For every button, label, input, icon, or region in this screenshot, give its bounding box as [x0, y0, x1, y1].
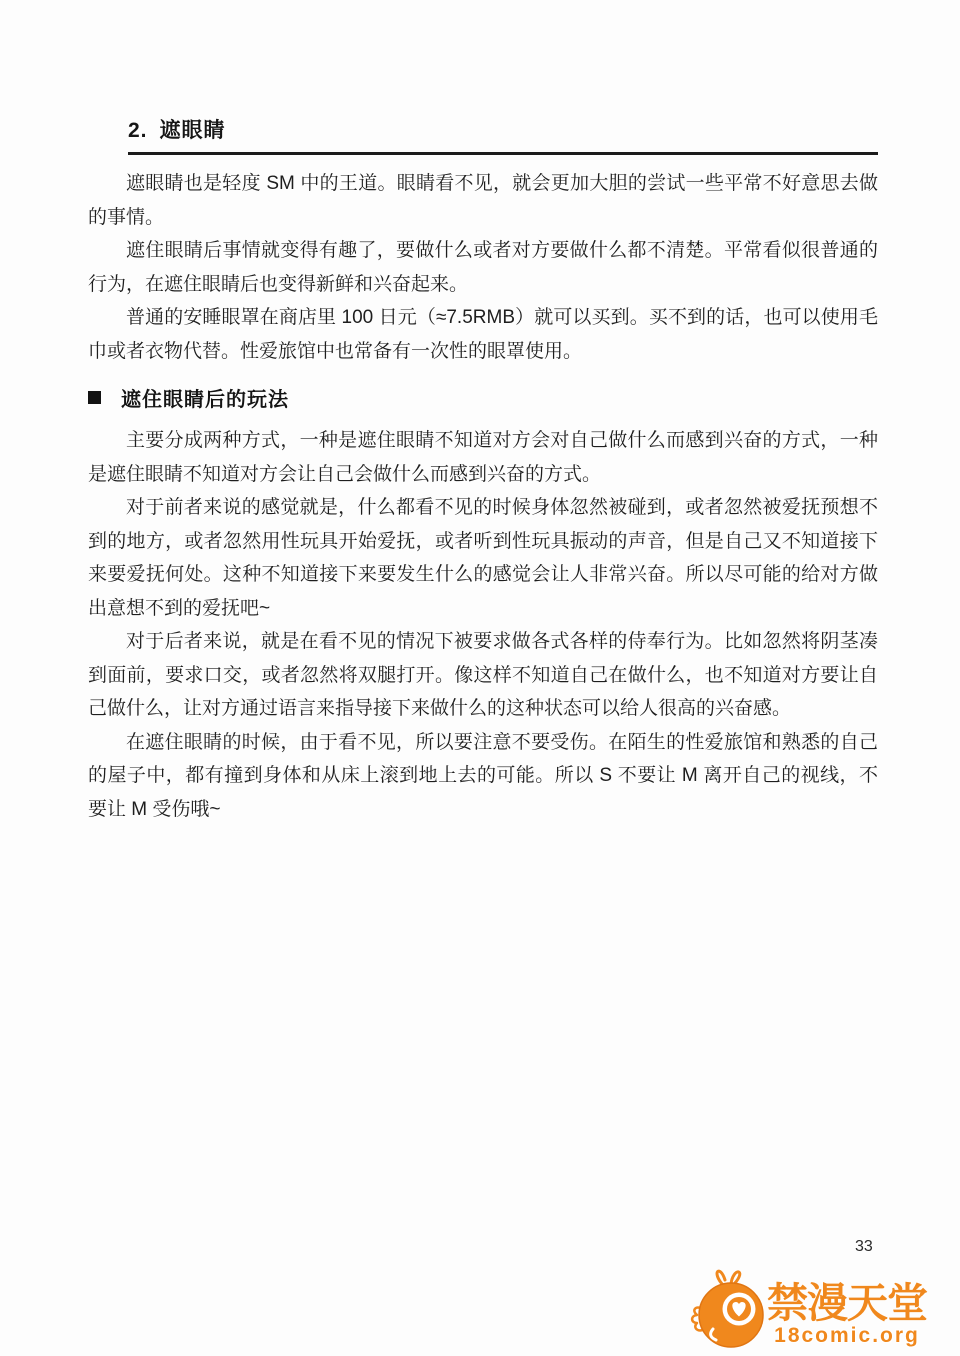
square-bullet-icon	[88, 391, 101, 404]
section-heading: 遮住眼睛后的玩法	[88, 383, 878, 412]
logo-text: 禁漫天堂 18comic.org	[767, 1282, 927, 1346]
page-title-text: 遮眼睛	[160, 119, 226, 142]
site-logo: 禁漫天堂 18comic.org	[690, 1266, 927, 1352]
paragraph: 对于后者来说，就是在看不见的情况下被要求做各式各样的侍奉行为。比如忽然将阴茎凑到…	[88, 625, 878, 726]
page-number: 33	[855, 1238, 873, 1256]
page-content: 2.遮眼睛 遮眼睛也是轻度 SM 中的王道。眼睛看不见，就会更加大胆的尝试一些平…	[88, 114, 878, 826]
section-heading-label: 遮住眼睛后的玩法	[121, 383, 289, 412]
orange-whale-mascot-icon	[690, 1266, 766, 1352]
intro-paragraphs: 遮眼睛也是轻度 SM 中的王道。眼睛看不见，就会更加大胆的尝试一些平常不好意思去…	[88, 167, 878, 368]
page-title: 2.遮眼睛	[128, 114, 878, 155]
logo-brand-name: 禁漫天堂	[767, 1282, 927, 1324]
logo-domain: 18comic.org	[767, 1325, 927, 1346]
paragraph: 对于前者来说的感觉就是，什么都看不见的时候身体忽然被碰到，或者忽然被爱抚预想不到…	[88, 491, 878, 625]
paragraph: 遮住眼睛后事情就变得有趣了，要做什么或者对方要做什么都不清楚。平常看似很普通的行…	[88, 234, 878, 301]
paragraph: 主要分成两种方式，一种是遮住眼睛不知道对方会对自己做什么而感到兴奋的方式，一种是…	[88, 424, 878, 491]
paragraph: 在遮住眼睛的时候，由于看不见，所以要注意不要受伤。在陌生的性爱旅馆和熟悉的自己的…	[88, 726, 878, 827]
section-paragraphs: 主要分成两种方式，一种是遮住眼睛不知道对方会对自己做什么而感到兴奋的方式，一种是…	[88, 424, 878, 826]
paragraph: 普通的安睡眼罩在商店里 100 日元（≈7.5RMB）就可以买到。买不到的话，也…	[88, 301, 878, 368]
document-page: { "page": { "title": { "number": "2.", "…	[0, 0, 960, 1356]
page-title-number: 2.	[128, 119, 148, 142]
paragraph: 遮眼睛也是轻度 SM 中的王道。眼睛看不见，就会更加大胆的尝试一些平常不好意思去…	[88, 167, 878, 234]
